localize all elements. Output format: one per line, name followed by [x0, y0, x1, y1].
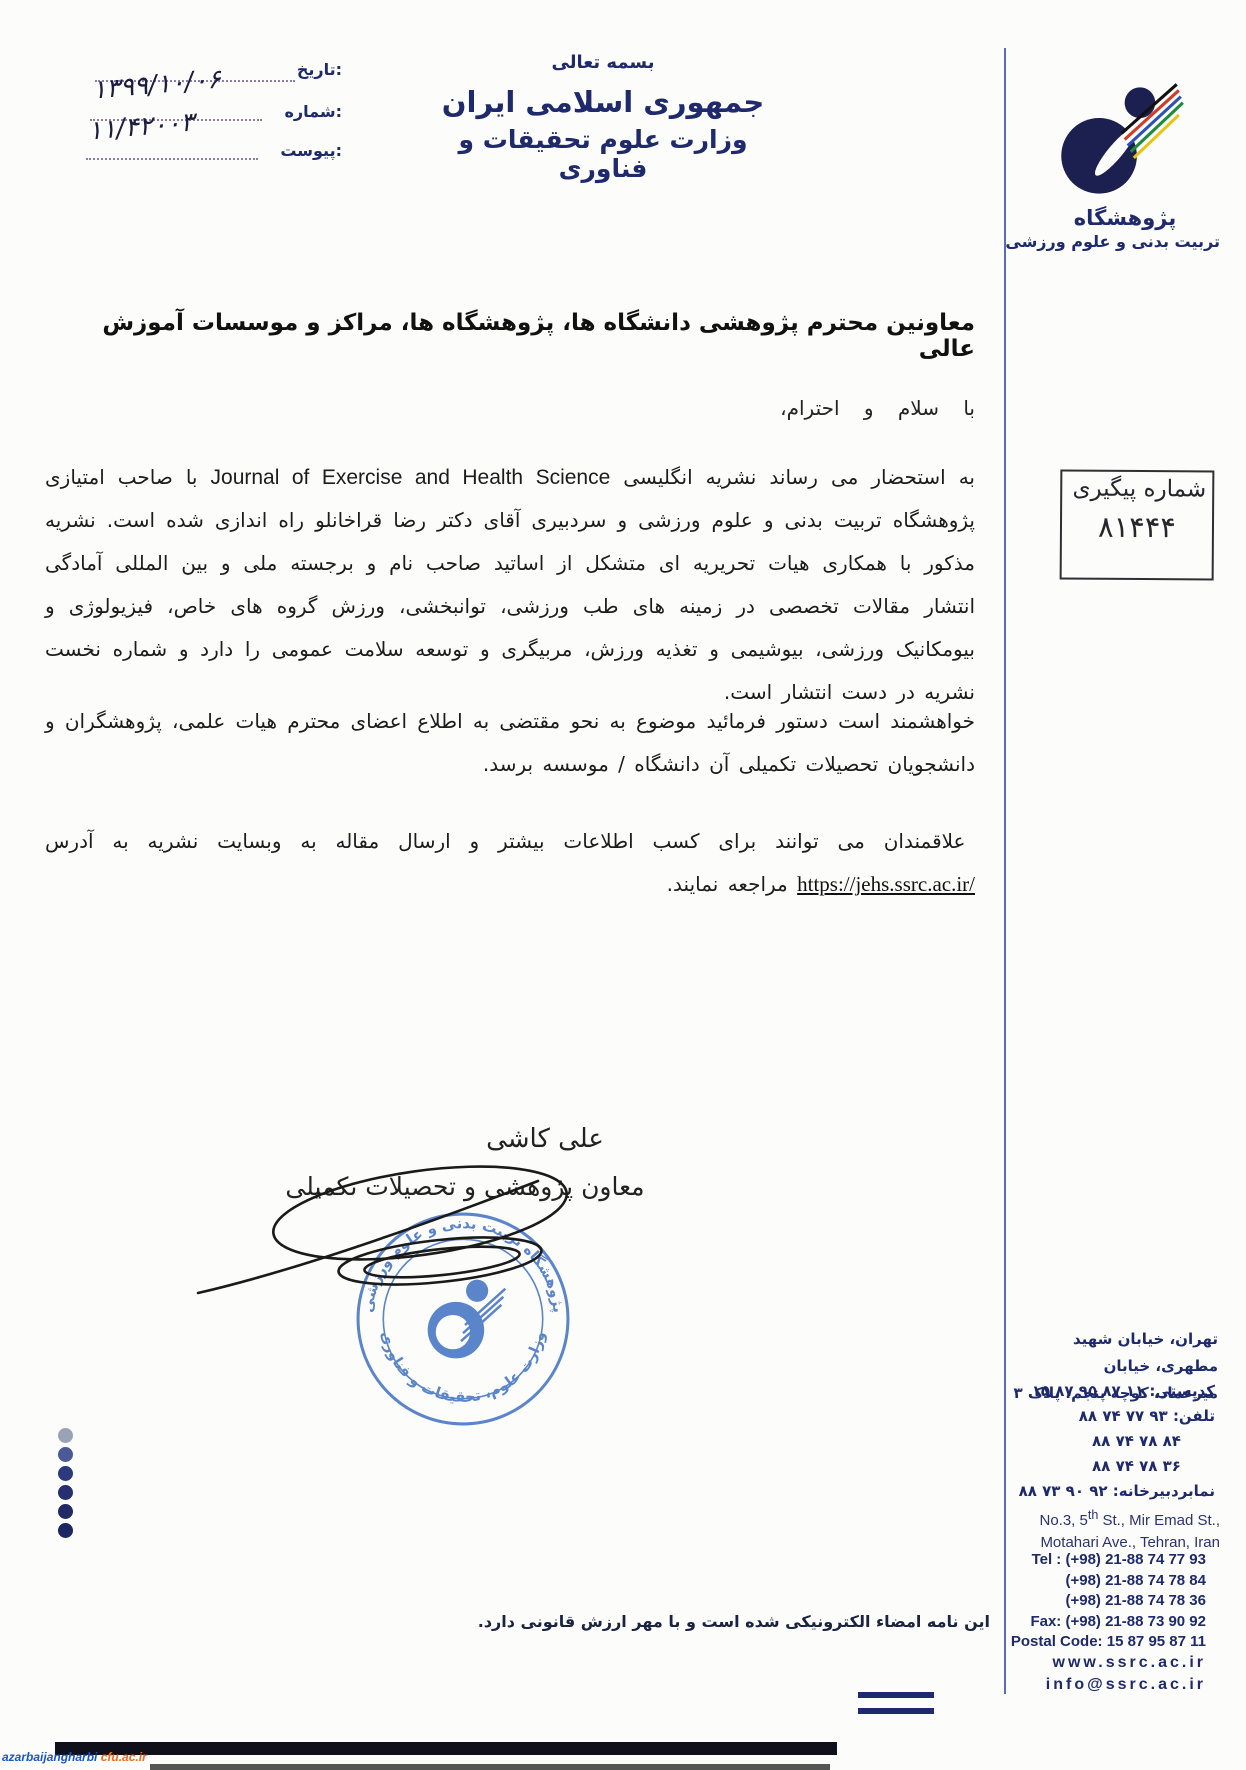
footer-contact-en: Tel : (+98) 21-88 74 77 93 (+98) 21-88 7…: [1004, 1550, 1206, 1653]
fax-fa-value: ۸۸ ۷۳ ۹۰ ۹۲: [1019, 1482, 1108, 1500]
phone-fa-row: تلفن: ۸۸ ۷۴ ۷۷ ۹۳: [1012, 1404, 1215, 1429]
watermark-suffix: cfu.ac.ir: [101, 1750, 147, 1764]
postal-code-fa-value: ۱۵ ۸۷ ۹۵ ۸۷ ۱۱: [1032, 1382, 1144, 1400]
fax-en-row: Fax: (+98) 21-88 73 90 92: [1004, 1612, 1206, 1633]
phone-fa-extra-2: ۸۸ ۷۴ ۷۸ ۳۶: [1012, 1454, 1215, 1479]
postal-en-label: Postal Code:: [1011, 1633, 1103, 1650]
date-value: ۱۳۹۹/۱۰/۰۶: [91, 64, 222, 105]
address-en-post: St., Mir Emad St.,: [1098, 1512, 1220, 1529]
tel-en-2: (+98) 21-88 74 78 84: [1004, 1571, 1206, 1592]
fax-en-label: Fax:: [1030, 1613, 1061, 1630]
address-en-pre: No.3, 5: [1039, 1512, 1087, 1529]
footer-address-fa-line1: تهران، خیابان شهید مطهری، خیابان: [1012, 1326, 1218, 1380]
paragraph-website-lead: علاقمندان می توانند برای کسب اطلاعات بیش…: [45, 829, 966, 853]
double-rule-mark: [858, 1692, 934, 1714]
org-name-block: پژوهشگاه تربیت بدنی و علوم ورزشی: [1030, 206, 1220, 251]
footer-contact-fa: کدپستی: ۱۵ ۸۷ ۹۵ ۸۷ ۱۱ تلفن: ۸۸ ۷۴ ۷۷ ۹۳…: [1012, 1379, 1215, 1504]
postal-en-value: 15 87 95 87 11: [1107, 1633, 1206, 1650]
email-text: info@ssrc.ac.ir: [1004, 1674, 1206, 1696]
country-title: جمهوری اسلامی ایران: [420, 85, 786, 119]
phone-fa-extra-1: ۸۸ ۷۴ ۷۸ ۸۴: [1012, 1429, 1215, 1454]
postal-en-row: Postal Code: 15 87 95 87 11: [1004, 1632, 1206, 1653]
salutation: با سلام و احترام،: [45, 396, 975, 420]
phone-fa-value: ۸۸ ۷۴ ۷۷ ۹۳: [1079, 1407, 1168, 1425]
postal-code-fa-label: کدپستی:: [1149, 1382, 1215, 1400]
handwritten-signature: [170, 1125, 590, 1325]
scanned-letter-page: تاریخ: شماره: پیوست: ۱۳۹۹/۱۰/۰۶ ۱۱/۴۲۰۰۳…: [0, 0, 1246, 1770]
number-value: ۱۱/۴۲۰۰۳: [87, 107, 196, 146]
phone-fa-label: تلفن:: [1173, 1407, 1215, 1425]
fax-en-value: (+98) 21-88 73 90 92: [1065, 1613, 1206, 1630]
paragraph-announcement: به استحضار می رساند نشریه انگلیسی Journa…: [45, 456, 975, 714]
tel-en-1: (+98) 21-88 74 77 93: [1065, 1551, 1206, 1568]
margin-dot-5: [58, 1504, 73, 1519]
org-name-line2: تربیت بدنی و علوم ورزشی: [1030, 232, 1220, 251]
margin-dot-4: [58, 1485, 73, 1500]
ministry-title: وزارت علوم تحقیقات و فناوری: [420, 125, 786, 183]
org-name-line1: پژوهشگاه: [1030, 206, 1220, 230]
journal-name: Journal of Exercise and Health Science: [211, 466, 611, 489]
letterhead-center: بسمه تعالی جمهوری اسلامی ایران وزارت علو…: [420, 52, 786, 183]
paragraph-request: خواهشمند است دستور فرمائید موضوع به نحو …: [45, 700, 975, 786]
paragraph-announcement-lead: به استحضار می رساند نشریه انگلیسی: [610, 465, 975, 489]
watermark-site: azarbaijangharbi: [2, 1750, 97, 1764]
fax-fa-row: نمابردبیرخانه: ۸۸ ۷۳ ۹۰ ۹۲: [1012, 1479, 1215, 1504]
institute-logo-icon: [1050, 70, 1188, 210]
date-label: تاریخ:: [297, 60, 342, 79]
tracking-number-box: شماره پیگیری ۸۱۴۴۴: [1060, 469, 1215, 580]
paragraph-announcement-rest: با صاحب امتیازی پژوهشگاه تربیت بدنی و عل…: [45, 465, 975, 704]
postal-code-fa-row: کدپستی: ۱۵ ۸۷ ۹۵ ۸۷ ۱۱: [1012, 1379, 1215, 1404]
tel-en-label: Tel :: [1032, 1551, 1062, 1568]
paragraph-website-rest: مراجعه نمایند.: [667, 872, 788, 896]
vertical-divider: [1004, 48, 1006, 1694]
recipient-title: معاونین محترم پژوهشی دانشگاه ها، پژوهشگا…: [45, 310, 975, 362]
tel-en-row1: Tel : (+98) 21-88 74 77 93: [1004, 1550, 1206, 1571]
number-label: شماره:: [284, 102, 342, 121]
margin-dot-6: [58, 1523, 73, 1538]
footer-web-block: www.ssrc.ac.ir info@ssrc.ac.ir: [1004, 1652, 1206, 1696]
tracking-label: شماره پیگیری: [1068, 476, 1206, 503]
paragraph-website: علاقمندان می توانند برای کسب اطلاعات بیش…: [45, 820, 975, 906]
bottom-black-bar: [55, 1742, 837, 1755]
fax-fa-label: نمابردبیرخانه:: [1113, 1482, 1215, 1500]
besmele-text: بسمه تعالی: [420, 52, 786, 73]
journal-url-link[interactable]: https://jehs.ssrc.ac.ir/: [797, 872, 975, 896]
bottom-edge-strip: [150, 1764, 830, 1770]
tel-en-3: (+98) 21-88 74 78 36: [1004, 1591, 1206, 1612]
margin-dot-3: [58, 1466, 73, 1481]
website-text: www.ssrc.ac.ir: [1004, 1652, 1206, 1674]
footer-address-en-line1: No.3, 5th St., Mir Emad St.,: [1012, 1504, 1220, 1532]
corner-watermark: azarbaijangharbi cfu.ac.ir: [2, 1750, 147, 1764]
attachment-label: پیوست:: [280, 141, 342, 160]
tracking-value: ۸۱۴۴۴: [1068, 510, 1206, 545]
attachment-dotted-line: [86, 158, 258, 160]
footer-address-en: No.3, 5th St., Mir Emad St., Motahari Av…: [1012, 1504, 1220, 1554]
electronic-signature-note: این نامه امضاء الکترونیکی شده است و با م…: [478, 1612, 990, 1631]
margin-dot-1: [58, 1428, 73, 1443]
address-en-sup: th: [1088, 1508, 1098, 1522]
margin-dot-2: [58, 1447, 73, 1462]
